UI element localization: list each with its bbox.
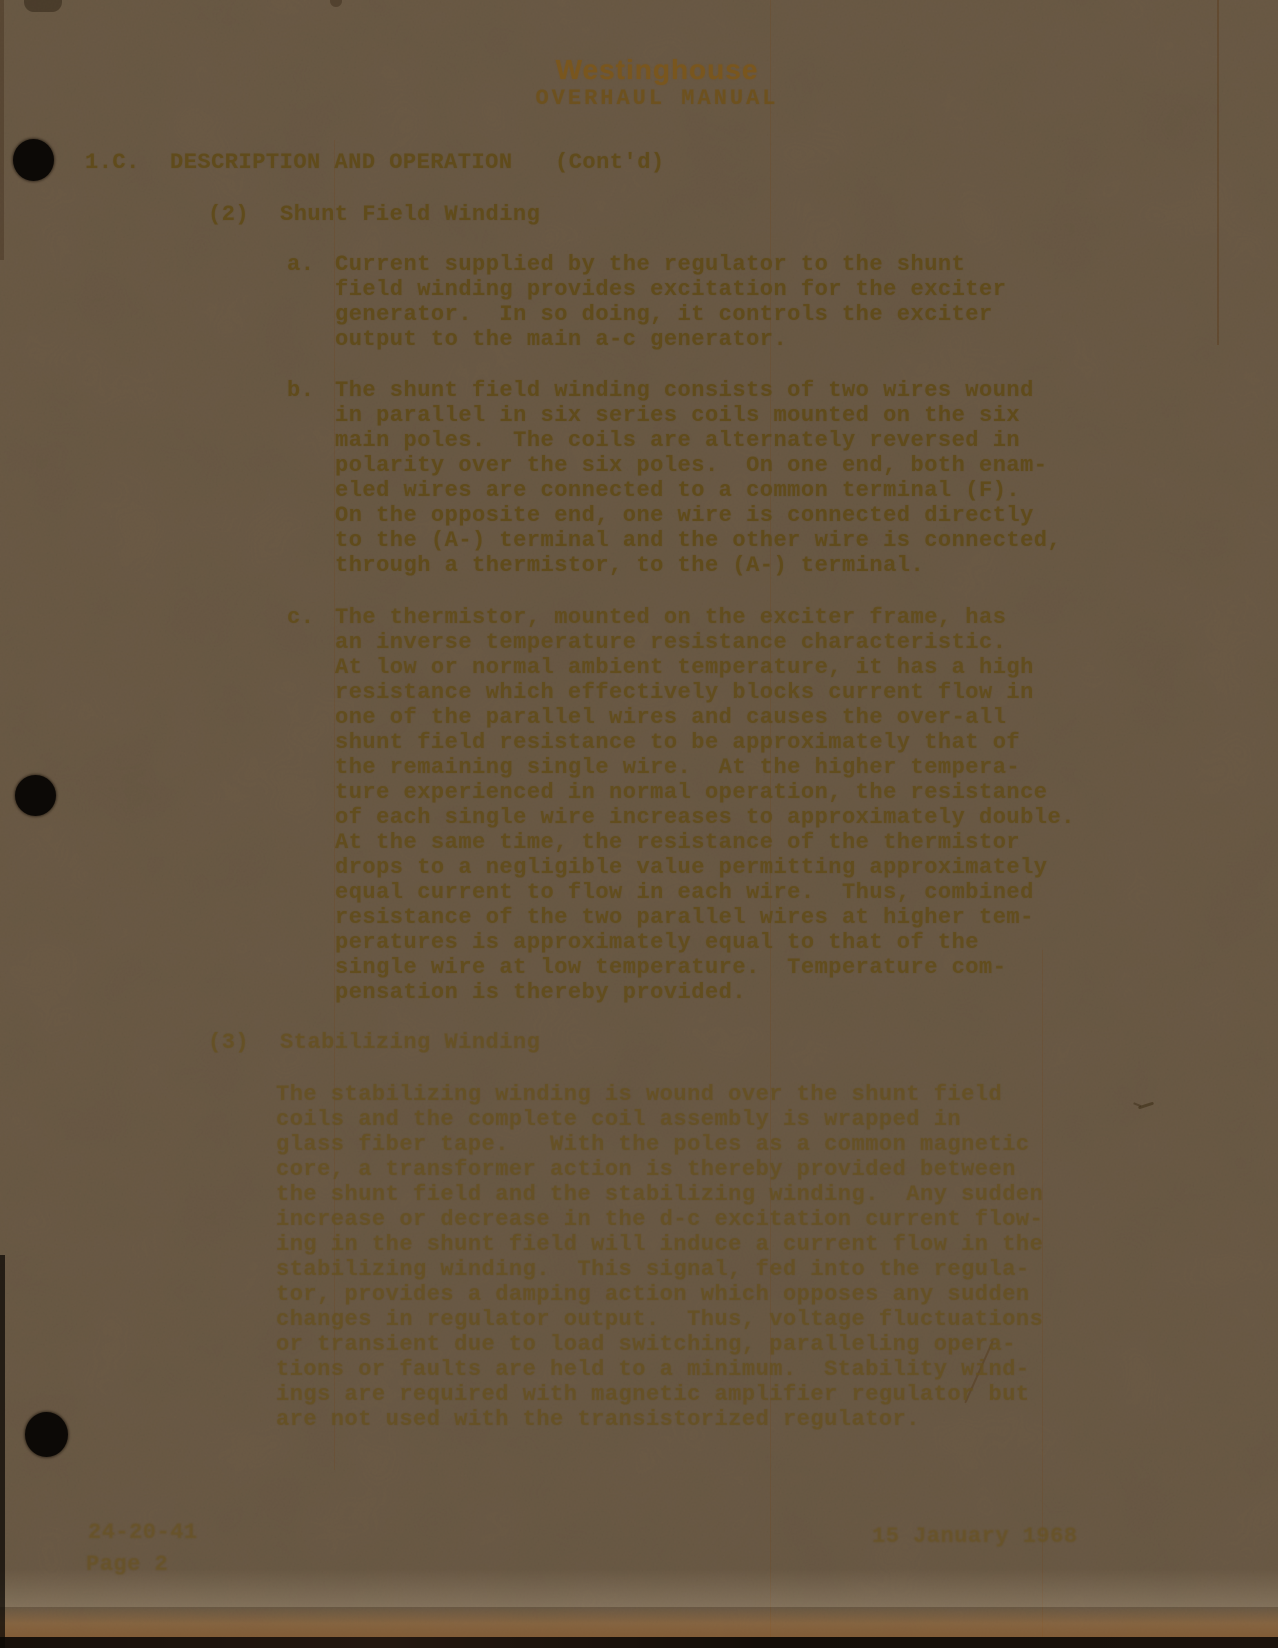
subsection-3-number: (3)	[208, 1030, 249, 1055]
subsection-3-text: The stabilizing winding is wound over th…	[276, 1082, 1043, 1432]
punch-hole-top	[13, 139, 54, 181]
top-edge-speck	[24, 0, 62, 12]
footer-doc-number: 24-20-41	[88, 1520, 198, 1545]
left-edge-shadow	[0, 0, 4, 260]
item-b-text: The shunt field winding consists of two …	[335, 378, 1061, 578]
pen-mark	[1138, 1102, 1154, 1110]
scanned-manual-page: Westinghouse OVERHAUL MANUAL 1.C. DESCRI…	[0, 0, 1278, 1648]
item-c-label: c.	[287, 605, 314, 630]
bottom-edge-stain	[0, 1607, 1278, 1637]
vertical-crease-top-right	[1217, 0, 1219, 345]
subsection-3-title: Stabilizing Winding	[280, 1030, 540, 1055]
item-b-label: b.	[287, 378, 314, 403]
footer-date: 15 January 1968	[872, 1524, 1078, 1549]
section-continuation: (Cont'd)	[555, 150, 665, 175]
section-title: DESCRIPTION AND OPERATION	[170, 150, 513, 175]
bottom-scan-border	[0, 1637, 1278, 1648]
punch-hole-bottom	[25, 1412, 68, 1457]
left-scan-border	[0, 1255, 5, 1648]
punch-hole-middle	[15, 775, 56, 816]
brand-stamp: Westinghouse	[18, 54, 1278, 86]
manual-title: OVERHAUL MANUAL	[18, 86, 1278, 111]
item-a-text: Current supplied by the regulator to the…	[335, 252, 1006, 352]
subsection-2-title: Shunt Field Winding	[280, 202, 540, 227]
top-edge-speck-small	[330, 0, 342, 7]
section-number: 1.C.	[85, 150, 140, 175]
subsection-2-number: (2)	[208, 202, 249, 227]
item-c-text: The thermistor, mounted on the exciter f…	[335, 605, 1075, 1005]
bottom-edge-highlight	[0, 1569, 1278, 1607]
item-a-label: a.	[287, 252, 314, 277]
footer-page-label: Page 2	[86, 1552, 168, 1577]
